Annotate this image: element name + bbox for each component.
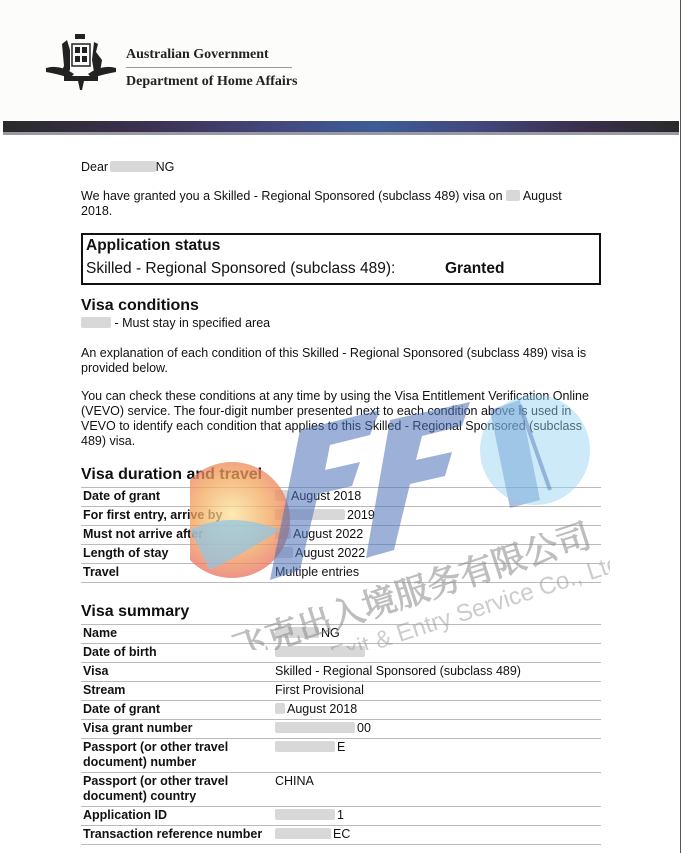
intro-paragraph: We have granted you a Skilled - Regional… xyxy=(81,189,601,219)
page-edge xyxy=(680,0,681,853)
redacted-day xyxy=(506,190,520,201)
table-row: Passport (or other travel document) coun… xyxy=(81,773,601,807)
letterhead: Australian Government Department of Home… xyxy=(0,0,682,120)
conditions-explanation: An explanation of each condition of this… xyxy=(81,346,601,376)
application-status-value: Granted xyxy=(445,261,504,276)
row-value: August 2022 xyxy=(273,545,601,564)
row-value-text: 1 xyxy=(337,808,344,822)
row-value-text: NG xyxy=(321,626,340,640)
redacted-value xyxy=(275,722,355,733)
intro-text: We have granted you a Skilled - Regional… xyxy=(81,189,503,203)
redacted-value xyxy=(275,646,365,657)
salutation-prefix: Dear xyxy=(81,160,108,174)
row-label: Must not arrive after xyxy=(81,526,273,545)
row-value: 00 xyxy=(273,720,601,739)
table-row: Transaction reference numberEC xyxy=(81,826,601,845)
condition-text: - Must stay in specified area xyxy=(114,316,270,330)
row-label: Name xyxy=(81,625,273,644)
table-row: VisaSkilled - Regional Sponsored (subcla… xyxy=(81,663,601,682)
row-value: August 2018 xyxy=(273,701,601,720)
row-value-text: Multiple entries xyxy=(275,565,359,579)
row-value: EC xyxy=(273,826,601,845)
row-value: CHINA xyxy=(273,773,601,807)
row-label: Transaction reference number xyxy=(81,826,273,845)
redacted-condition-code xyxy=(81,317,111,328)
visa-summary-heading: Visa summary xyxy=(81,604,189,619)
row-label: Travel xyxy=(81,564,273,583)
gov-title: Australian Government xyxy=(126,47,269,63)
row-value-text: August 2018 xyxy=(291,489,361,503)
duration-travel-table: Date of grantAugust 2018For first entry,… xyxy=(81,487,601,583)
row-label: For first entry, arrive by xyxy=(81,507,273,526)
row-label: Date of grant xyxy=(81,701,273,720)
row-value: 2019 xyxy=(273,507,601,526)
application-status-visa: Skilled - Regional Sponsored (subclass 4… xyxy=(86,261,395,276)
table-row: Length of stayAugust 2022 xyxy=(81,545,601,564)
row-label: Passport (or other travel document) numb… xyxy=(81,739,273,773)
redacted-value xyxy=(275,741,335,752)
row-value-text: 00 xyxy=(357,721,371,735)
table-row: NameNG xyxy=(81,625,601,644)
row-value-text: 2019 xyxy=(347,508,375,522)
row-label: Visa xyxy=(81,663,273,682)
row-value-text: August 2022 xyxy=(293,527,363,541)
redacted-value xyxy=(275,509,345,520)
redacted-value xyxy=(275,490,289,501)
row-value: Skilled - Regional Sponsored (subclass 4… xyxy=(273,663,601,682)
table-row: Application ID1 xyxy=(81,807,601,826)
row-value: NG xyxy=(273,625,601,644)
row-value-text: August 2018 xyxy=(287,702,357,716)
row-label: Date of grant xyxy=(81,488,273,507)
dept-title: Department of Home Affairs xyxy=(126,74,297,90)
row-value: 1 xyxy=(273,807,601,826)
title-divider xyxy=(126,67,292,68)
row-value: Multiple entries xyxy=(273,564,601,583)
row-value-text: CHINA xyxy=(275,774,314,788)
header-band xyxy=(3,121,679,132)
row-value-text: Skilled - Regional Sponsored (subclass 4… xyxy=(275,664,521,678)
redacted-name xyxy=(110,161,156,172)
table-row: StreamFirst Provisional xyxy=(81,682,601,701)
table-row: Date of grantAugust 2018 xyxy=(81,701,601,720)
table-row: Passport (or other travel document) numb… xyxy=(81,739,601,773)
row-label: Length of stay xyxy=(81,545,273,564)
row-value-text: First Provisional xyxy=(275,683,364,697)
row-label: Visa grant number xyxy=(81,720,273,739)
table-row: Date of grantAugust 2018 xyxy=(81,488,601,507)
row-value-text: EC xyxy=(333,827,350,841)
table-row: For first entry, arrive by2019 xyxy=(81,507,601,526)
table-row: Visa grant number00 xyxy=(81,720,601,739)
row-value-text: August 2022 xyxy=(295,546,365,560)
redacted-value xyxy=(275,547,293,558)
application-status-title: Application status xyxy=(86,238,220,253)
application-status-box: Application status Skilled - Regional Sp… xyxy=(81,233,601,285)
visa-conditions-heading: Visa conditions xyxy=(81,298,199,313)
redacted-value xyxy=(275,703,285,714)
coat-of-arms-icon xyxy=(40,30,122,92)
vevo-paragraph: You can check these conditions at any ti… xyxy=(81,389,601,449)
salutation-suffix: NG xyxy=(156,160,175,174)
duration-travel-heading: Visa duration and travel xyxy=(81,467,262,482)
table-row: Must not arrive afterAugust 2022 xyxy=(81,526,601,545)
header-band-underline xyxy=(3,132,679,135)
redacted-value xyxy=(275,528,291,539)
intro-year: 2018. xyxy=(81,204,112,218)
row-label: Application ID xyxy=(81,807,273,826)
intro-month: August xyxy=(523,189,562,203)
row-label: Stream xyxy=(81,682,273,701)
condition-item: - Must stay in specified area xyxy=(81,316,601,331)
redacted-value xyxy=(275,828,331,839)
table-row: Date of birth xyxy=(81,644,601,663)
row-value-text: E xyxy=(337,740,345,754)
visa-summary-table: NameNGDate of birthVisaSkilled - Regiona… xyxy=(81,624,601,845)
table-row: TravelMultiple entries xyxy=(81,564,601,583)
row-value xyxy=(273,644,601,663)
redacted-value xyxy=(275,809,335,820)
row-value: August 2018 xyxy=(273,488,601,507)
row-value: August 2022 xyxy=(273,526,601,545)
row-label: Passport (or other travel document) coun… xyxy=(81,773,273,807)
salutation: Dear NG xyxy=(81,160,601,175)
redacted-value xyxy=(275,627,319,638)
row-value: First Provisional xyxy=(273,682,601,701)
row-value: E xyxy=(273,739,601,773)
row-label: Date of birth xyxy=(81,644,273,663)
